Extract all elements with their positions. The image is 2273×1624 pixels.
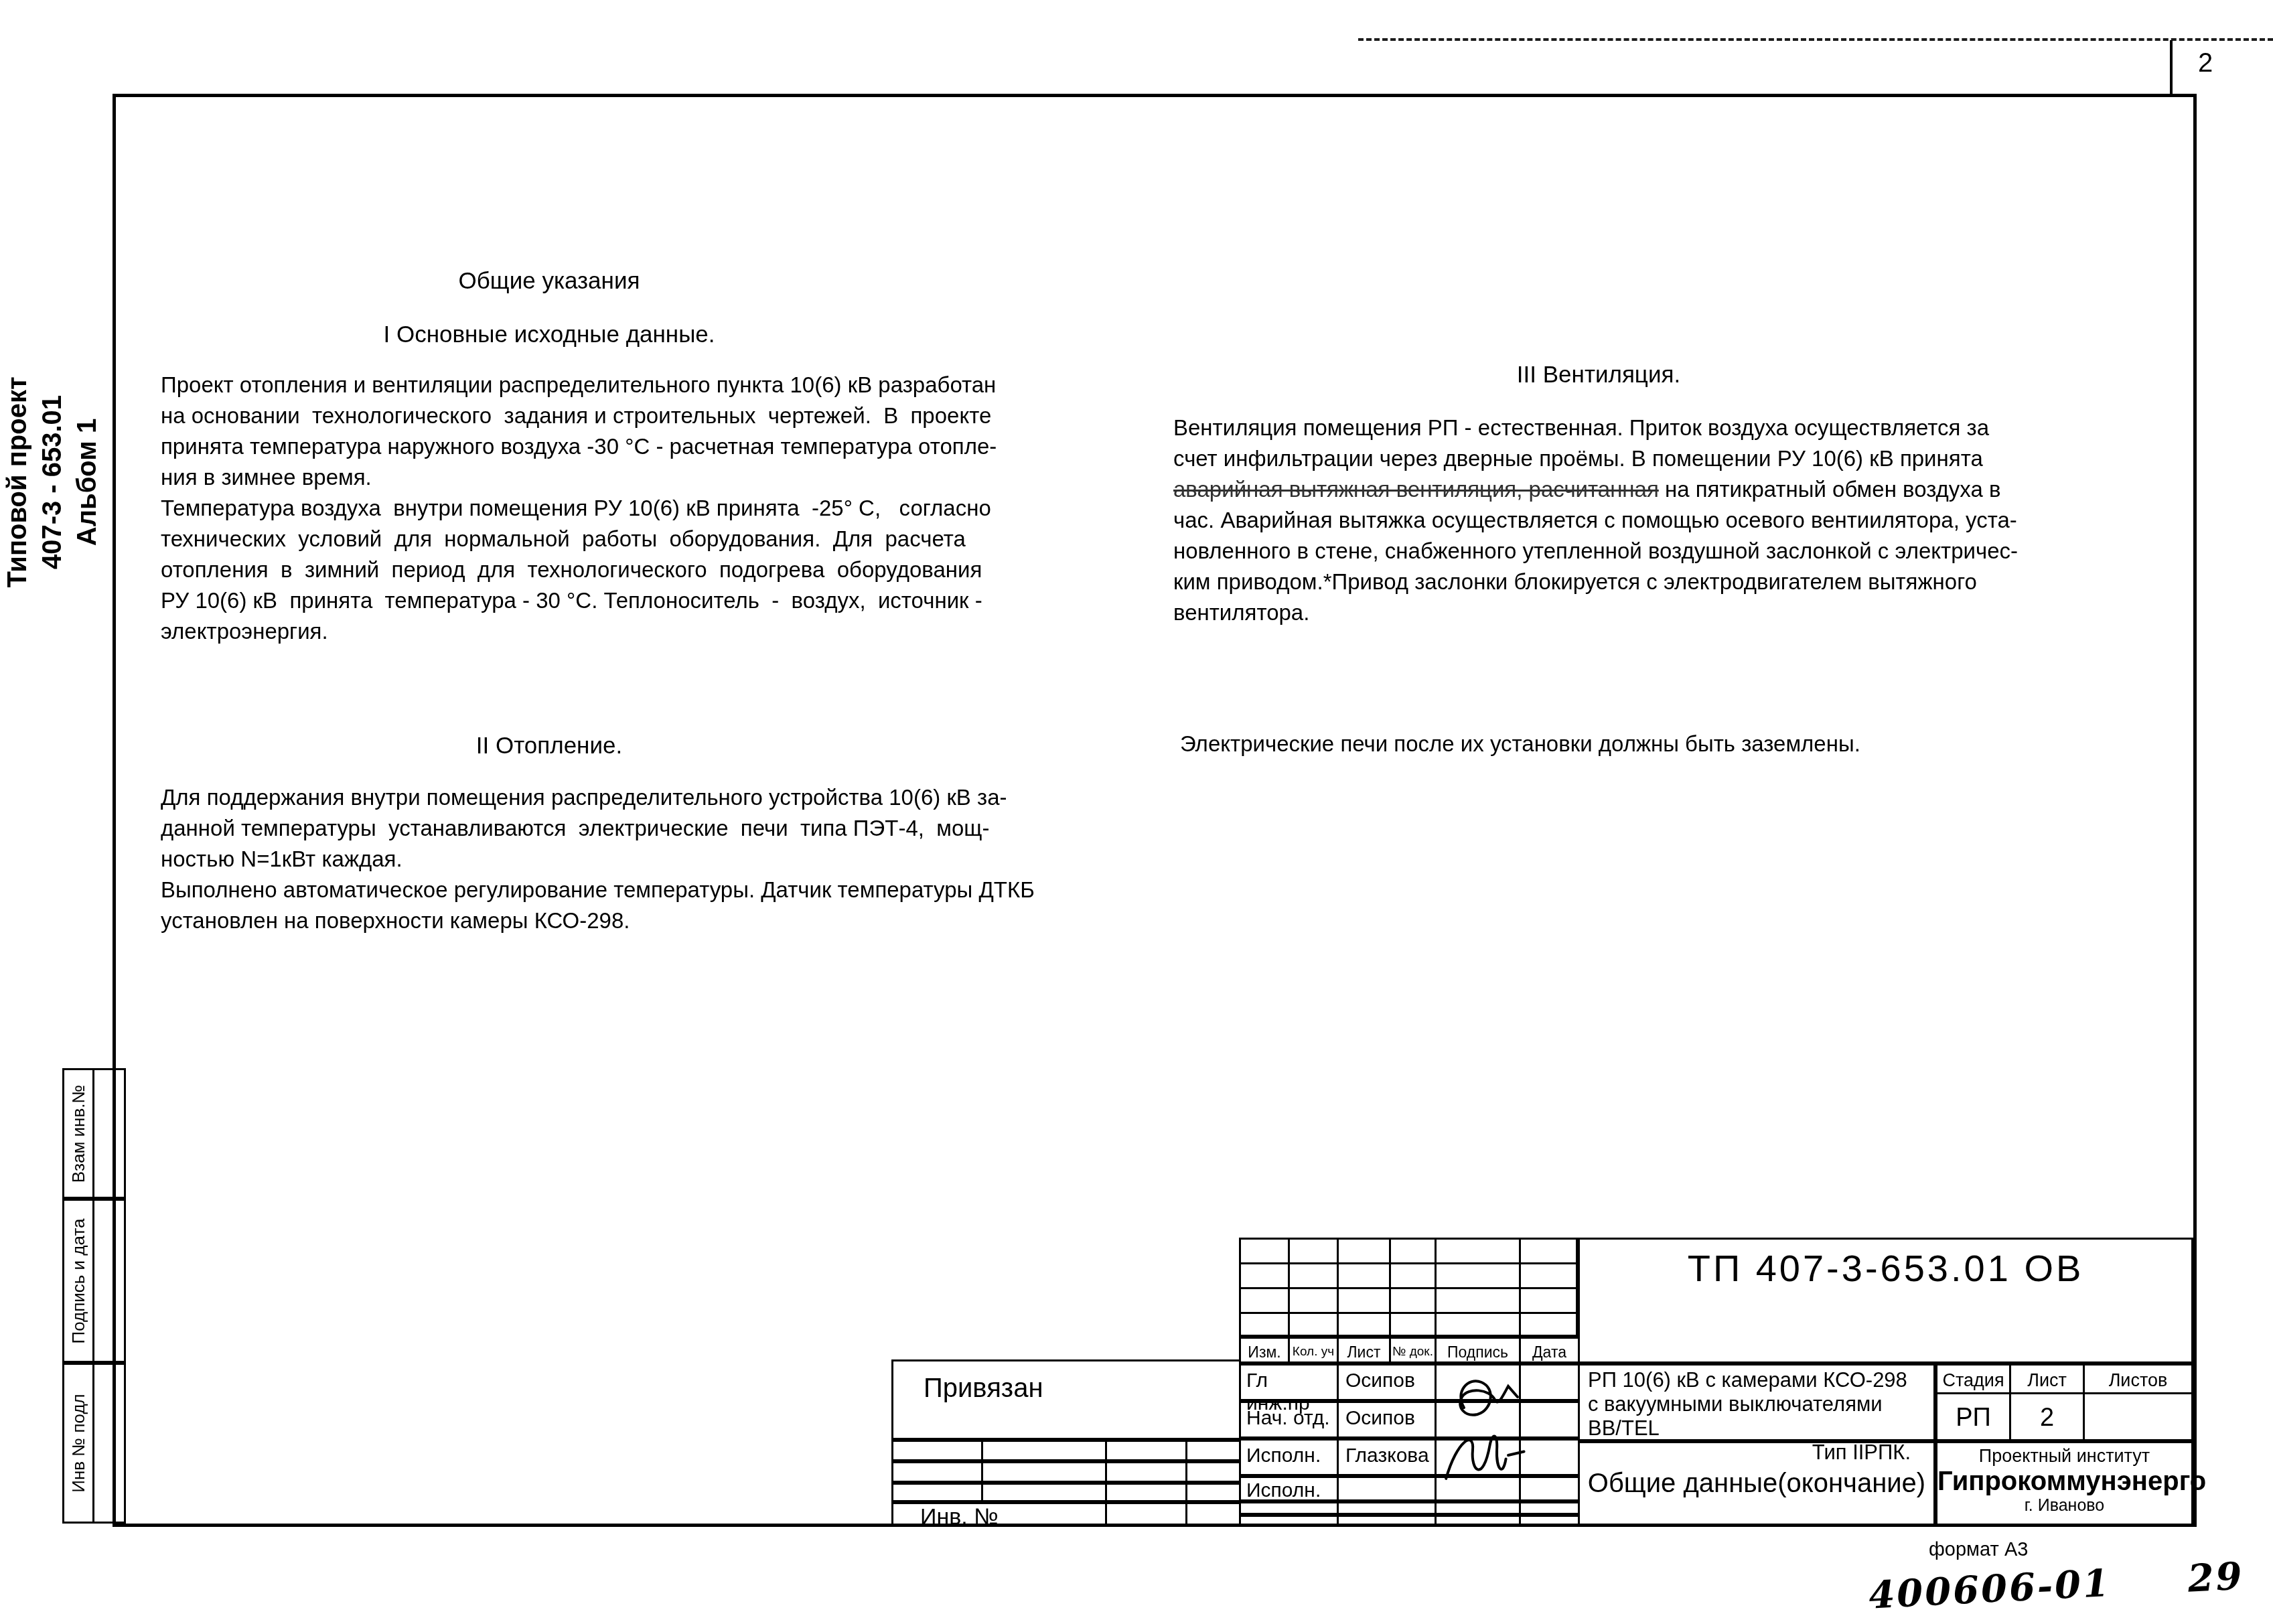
handwritten-code: 400606-01 — [1868, 1561, 2112, 1618]
handwritten-page: 29 — [2187, 1554, 2245, 1601]
blank-row-cell — [1185, 1440, 1241, 1461]
sig-row-role: Гл инж.пр — [1239, 1363, 1339, 1401]
sig-row-name — [1337, 1476, 1437, 1501]
sheet-value-cell: 2 — [2009, 1392, 2085, 1441]
page-title: Общие указания — [161, 268, 938, 295]
blank-row-cell — [981, 1461, 1107, 1483]
institute-city: г. Иваново — [1937, 1496, 2191, 1515]
blank-row-cell — [1105, 1502, 1187, 1526]
sig-row-role: Нач. отд. — [1239, 1401, 1339, 1438]
sig-row-role: Исполн. — [1239, 1438, 1339, 1476]
blank-row-cell — [1519, 1501, 1580, 1515]
description-line: РП 10(6) кВ с камерами КСО-298 — [1580, 1368, 1933, 1392]
handwritten-inventory-code: 400606-01 29 — [1868, 1554, 2246, 1617]
institute-name: Гипрокоммунэнерго — [1937, 1467, 2191, 1496]
blank-row-cell — [1105, 1483, 1187, 1502]
doc-code: ТП 407-3-653.01 ОВ — [1580, 1246, 2191, 1290]
doc-title-cell: Общие данные(окончание) — [1578, 1441, 1935, 1526]
blank-row-cell — [1519, 1515, 1580, 1526]
section1-heading: I Основные исходные данные. — [161, 321, 938, 348]
project-description-cell: РП 10(6) кВ с камерами КСО-298 с вакуумн… — [1578, 1363, 1935, 1441]
section2-heading: II Отопление. — [161, 733, 938, 759]
project-type-label: Типовой проект — [0, 288, 35, 676]
blank-row-cell — [1337, 1501, 1437, 1515]
linked-label: Привязан — [893, 1361, 1239, 1404]
grounding-note: Электрические печи после их установки до… — [1180, 729, 2118, 759]
sig-row-role: Исполн. — [1239, 1476, 1339, 1501]
section2-paragraph: Для поддержания внутри помещения распред… — [161, 782, 1098, 936]
inventory-number-label: Инв. № — [893, 1504, 1105, 1530]
rev-header-data: Дата — [1519, 1337, 1580, 1363]
section3-heading: III Вентиляция. — [1173, 362, 2024, 388]
section3-text-start: Вентиляция помещения РП - естественная. … — [1173, 415, 1989, 471]
blank-row-cell — [1185, 1461, 1241, 1483]
doc-title: Общие данные(окончание) — [1580, 1469, 1933, 1499]
blank-row-cell — [1435, 1501, 1521, 1515]
institute-type: Проектный институт — [1937, 1446, 2191, 1467]
rev-header-list: Лист — [1337, 1337, 1391, 1363]
sheet-header-cell: Лист — [2009, 1363, 2085, 1394]
album-label: Альбом 1 — [70, 288, 104, 676]
blank-row-cell — [891, 1483, 983, 1502]
rev-header-ndok: № док. — [1389, 1337, 1437, 1363]
sig-row-name: Осипов — [1337, 1363, 1437, 1401]
rev-header-izm: Изм. — [1239, 1337, 1290, 1363]
blank-row-cell — [1185, 1483, 1241, 1502]
blank-row-cell — [1337, 1515, 1437, 1526]
left-edge-stamp: Типовой проект 407-3 - 653.01 Альбом 1 — [0, 288, 114, 676]
institute-cell: Проектный институт Гипрокоммунэнерго г. … — [1935, 1441, 2193, 1526]
sig-row-name: Глазкова — [1337, 1438, 1437, 1476]
margin-label-podpis: Подпись и дата — [68, 1218, 89, 1343]
section3-struck-text: аварийная вытяжная вентиляция, расчитанн… — [1173, 477, 1659, 502]
blank-row-cell — [981, 1483, 1107, 1502]
margin-box-podpis: Подпись и дата — [62, 1199, 126, 1363]
revision-grid — [1239, 1238, 1578, 1337]
blank-row-cell — [891, 1461, 983, 1483]
margin-box-vzam: Взам инв.№ — [62, 1068, 126, 1199]
grid-line — [1241, 1287, 1576, 1289]
stage-value-cell: РП — [1935, 1392, 2011, 1441]
margin-label-vzam: Взам инв.№ — [68, 1084, 89, 1183]
blank-row-cell — [1185, 1502, 1241, 1526]
format-note: формат А3 — [1929, 1539, 2028, 1561]
corner-sheet-number: 2 — [2198, 48, 2213, 78]
blank-row-cell — [1435, 1515, 1521, 1526]
blank-row-cell — [1105, 1440, 1187, 1461]
stage-header-cell: Стадия — [1935, 1363, 2011, 1394]
sheets-value-cell — [2083, 1392, 2193, 1441]
rev-header-podpis: Подпись — [1435, 1337, 1521, 1363]
drawing-sheet: 2 Типовой проект 407-3 - 653.01 Альбом 1… — [0, 0, 2273, 1624]
blank-row-cell — [1239, 1501, 1339, 1515]
margin-box-inv: Инв № подл — [62, 1363, 126, 1524]
inventory-number-cell: Инв. № — [891, 1502, 1107, 1526]
corner-tick-line — [2170, 40, 2173, 94]
section1-paragraph: Проект отопления и вентиляции распредели… — [161, 370, 1098, 647]
sig-row-date-cell — [1519, 1401, 1580, 1438]
rev-header-koluch: Кол. уч — [1288, 1337, 1339, 1363]
project-number-label: 407-3 - 653.01 — [35, 288, 70, 676]
blank-row-cell — [1105, 1461, 1187, 1483]
margin-label-inv: Инв № подл — [68, 1394, 89, 1493]
top-dashed-line — [1358, 38, 2273, 41]
section3-paragraph: Вентиляция помещения РП - естественная. … — [1173, 413, 2111, 628]
description-line: с вакуумными выключателями ВВ/TEL — [1580, 1392, 1933, 1441]
linked-cell: Привязан — [891, 1359, 1241, 1440]
blank-row-cell — [1239, 1515, 1339, 1526]
blank-row-cell — [891, 1440, 983, 1461]
sheets-header-cell: Листов — [2083, 1363, 2193, 1394]
doc-code-cell: ТП 407-3-653.01 ОВ — [1578, 1238, 2193, 1363]
grid-line — [1241, 1262, 1576, 1264]
signature-glazkova — [1433, 1416, 1533, 1496]
sig-row-name: Осипов — [1337, 1401, 1437, 1438]
grid-line — [1241, 1312, 1576, 1314]
sig-row-date-cell — [1519, 1363, 1580, 1401]
blank-row-cell — [981, 1440, 1107, 1461]
